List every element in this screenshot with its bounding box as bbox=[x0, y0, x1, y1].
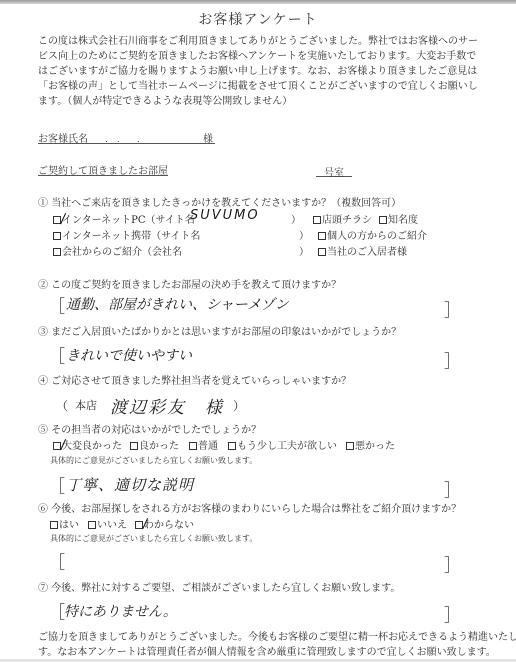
q5-open-bracket: ［ bbox=[48, 472, 65, 497]
checkbox-icon[interactable] bbox=[50, 521, 58, 529]
q5-option-bad[interactable]: 悪かった bbox=[346, 437, 395, 452]
q5-note: 具体的にご意見がございましたら宜しくお願い致します。 bbox=[50, 455, 257, 466]
q2-close-bracket: ］ bbox=[444, 296, 461, 321]
checkbox-checked-icon[interactable] bbox=[135, 521, 143, 529]
q2-open-bracket: ［ bbox=[48, 292, 65, 317]
footer-line: す。なお本アンケートは管理責任者が個人情報を含め厳重に管理致しますので宜しくお願… bbox=[38, 645, 516, 660]
q1-option-resident[interactable]: 当社のご入居者様 bbox=[318, 243, 407, 258]
customer-name-field[interactable]: お客様氏名 ． ． ． 様 bbox=[38, 130, 215, 144]
room-number-field[interactable]: 号室 bbox=[316, 164, 352, 177]
q3-close-bracket: ］ bbox=[444, 347, 461, 372]
q6-open-bracket: ［ bbox=[48, 548, 65, 573]
checkbox-icon[interactable] bbox=[228, 442, 236, 450]
q4-staff-answer[interactable]: 渡辺彩友 様 bbox=[110, 393, 224, 418]
intro-line: この度は株式会社石川商事をご利用頂きましてありがとうございました。弊社ではお客様… bbox=[38, 34, 488, 49]
q6-question: ⑥ 今後、お部屋探しをされる方がお客様のまわりにいらした場合は弊社をご紹介頂けま… bbox=[38, 500, 461, 515]
q1-option-company-referral[interactable]: 会社からのご紹介（会社名 bbox=[53, 243, 182, 258]
room-label: ご契約して頂きましたお部屋 bbox=[38, 162, 168, 176]
q5-option-very-good[interactable]: 大変良かった bbox=[53, 437, 122, 452]
q5-option-good[interactable]: 良かった bbox=[130, 437, 179, 452]
checkbox-checked-icon[interactable] bbox=[53, 216, 61, 224]
q6-note: 具体的にご意見がございましたら宜しくお願い致します。 bbox=[50, 533, 257, 544]
intro-line: ビス向上のためにご契約を頂きましたお客様へアンケートを実施いたしております。大変… bbox=[38, 49, 488, 64]
q5-option-normal[interactable]: 普通 bbox=[189, 437, 218, 452]
q1-close-paren: ） bbox=[299, 227, 309, 242]
checkbox-checked-icon[interactable] bbox=[53, 442, 61, 450]
q4-question: ④ ご対応させて頂きました弊社担当者を覚えていらっしゃいますか？ bbox=[38, 372, 351, 387]
q1-option-internet-mobile[interactable]: インターネット携帯（サイト名 bbox=[53, 227, 200, 242]
q1-option-reputation[interactable]: 知名度 bbox=[379, 211, 418, 226]
q4-open-paren: （ bbox=[56, 397, 68, 414]
checkbox-icon[interactable] bbox=[130, 442, 138, 450]
intro-line: 「お客様の声」として当社ホームページに掲載をさせて頂くことがございますので宜しく… bbox=[38, 79, 488, 94]
q6-option-no[interactable]: いいえ bbox=[88, 516, 127, 531]
top-border bbox=[0, 0, 516, 4]
q1-close-paren: ） bbox=[299, 243, 309, 258]
checkbox-icon[interactable] bbox=[313, 216, 321, 224]
q3-question: ③ まだご入居頂いたばかりかとは思いますがお部屋の印象はいかがでしょうか？ bbox=[38, 323, 401, 338]
checkbox-icon[interactable] bbox=[318, 248, 326, 256]
q1-option-personal-referral[interactable]: 個人の方からのご紹介 bbox=[318, 227, 427, 242]
q5-question: ⑤ その担当者の対応はいかがでしたでしょうか？ bbox=[38, 421, 261, 436]
q7-open-bracket: ［ bbox=[48, 598, 65, 623]
checkbox-icon[interactable] bbox=[346, 442, 354, 450]
q1-option-flyer[interactable]: 店頭チラシ bbox=[313, 211, 372, 226]
q6-close-bracket: ］ bbox=[444, 551, 461, 576]
q3-open-bracket: ［ bbox=[48, 342, 65, 367]
intro-line: はございますがご協力を賜りますようお願い申し上げます。なお、お客様より頂きました… bbox=[38, 64, 488, 79]
intro-line: ます。（個人が特定できるような表現等公開致しません） bbox=[38, 94, 488, 109]
checkbox-icon[interactable] bbox=[379, 216, 387, 224]
q2-question: ② この度ご契約を頂きましたお部屋の決め手を教えて頂けますか？ bbox=[38, 276, 341, 291]
q3-answer[interactable]: きれいで使いやすい bbox=[66, 345, 192, 365]
footer-note: ご協力を頂きましてありがとうございました。今後もお客様のご要望に精一杯お応えでき… bbox=[38, 630, 516, 660]
customer-name-label: お客様氏名 bbox=[38, 134, 88, 145]
checkbox-icon[interactable] bbox=[88, 521, 96, 529]
customer-name-suffix: 様 bbox=[203, 130, 213, 145]
q6-option-yes[interactable]: はい bbox=[50, 516, 79, 531]
q2-answer[interactable]: 通勤、部屋がきれい、シャーメゾン bbox=[66, 294, 289, 314]
customer-name-value: ． ． ． bbox=[105, 135, 145, 144]
intro-paragraph: この度は株式会社石川商事をご利用頂きましてありがとうございました。弊社ではお客様… bbox=[38, 34, 488, 109]
q5-close-bracket: ］ bbox=[444, 476, 461, 501]
q5-option-needs-improvement[interactable]: もう少し工夫が欲しい bbox=[228, 437, 337, 452]
q4-branch: 本店 bbox=[75, 397, 97, 413]
q6-option-dont-know[interactable]: わからない bbox=[135, 516, 194, 531]
room-suffix: 号室 bbox=[324, 168, 344, 179]
q1-option-internet-pc[interactable]: インターネットPC（サイト名 bbox=[53, 211, 195, 226]
q7-close-bracket: ］ bbox=[444, 601, 461, 626]
checkbox-icon[interactable] bbox=[318, 232, 326, 240]
q1-close-paren: ） bbox=[291, 211, 301, 226]
q7-answer[interactable]: 特にありません。 bbox=[64, 601, 177, 621]
checkbox-icon[interactable] bbox=[53, 248, 61, 256]
q4-close-paren: ） bbox=[233, 397, 245, 414]
q1-site-name-answer: SUVUMO bbox=[190, 208, 260, 223]
q7-question: ⑦ 今後、弊社に対するご要望、ご相談がございましたら宜しくお願い致します。 bbox=[38, 579, 400, 594]
page-title: お客様アンケート bbox=[0, 9, 516, 29]
checkbox-icon[interactable] bbox=[53, 232, 61, 240]
q1-question: ① 当社へご来店を頂きましたきっかけを教えてくださいますか？（複数回答可） bbox=[38, 194, 401, 209]
footer-line: ご協力を頂きましてありがとうございました。今後もお客様のご要望に精一杯お応えでき… bbox=[38, 630, 516, 645]
checkbox-icon[interactable] bbox=[189, 442, 197, 450]
q5-answer[interactable]: 丁寧、適切な説明 bbox=[66, 474, 194, 495]
